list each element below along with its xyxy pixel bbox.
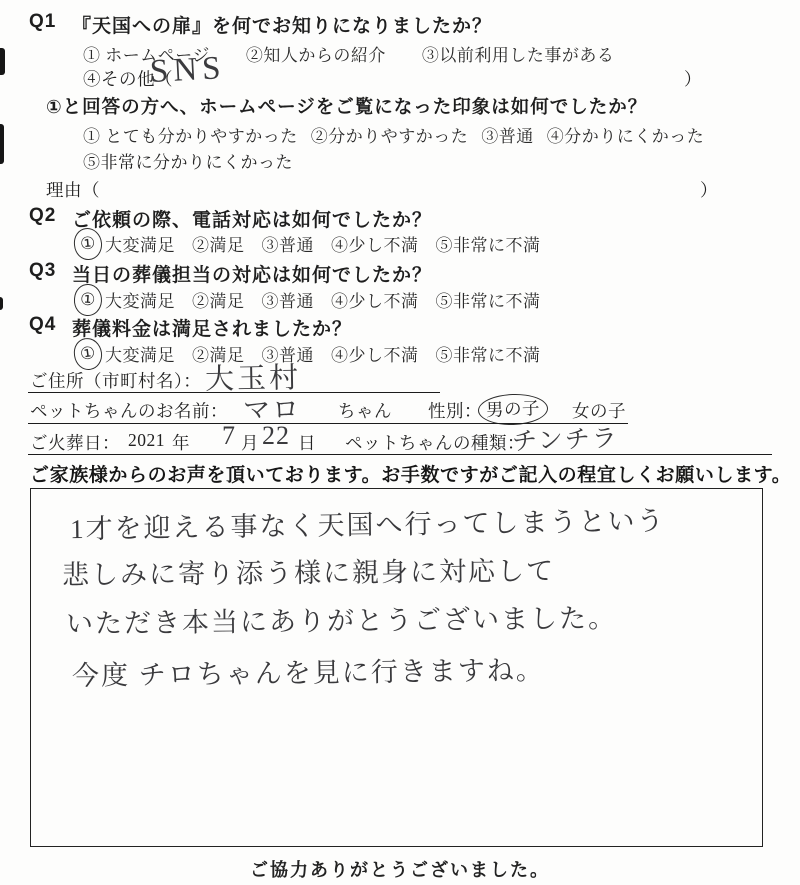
q3-number: Q3 [29,260,56,282]
message-line-3: いただき本当にありがとうございました。 [66,596,617,641]
cremation-day-handwritten: 22 [262,421,290,451]
message-line-1: 1才を迎える事なく天国へ行ってしまうという [70,499,666,546]
reason-close-paren: ） [700,177,718,202]
q3-answer-number: ① [79,289,96,310]
address-label: ご住所（市町村名）： [30,368,201,393]
q2-option-5: ⑤非常に不満 [436,231,541,256]
q1-sub-option-4: ④分かりにくかった [547,122,705,147]
cremation-month-unit: 月 [241,430,259,455]
cremation-year-unit: 年 [172,430,190,455]
q1-sub-option-2: ②分かりやすかった [311,122,469,147]
q3-options: ① 大変満足 ②満足 ③普通 ④少し不満 ⑤非常に不満 [80,287,541,312]
q1-option-2: ②知人からの紹介 [246,41,386,66]
handwritten-circle-mark: ① [72,336,104,372]
q4-selected-option: ① 大変満足 [80,341,175,366]
cremation-underline [28,454,772,455]
message-line-2: 悲しみに寄り添う様に親身に対応して [62,549,555,592]
q4-options: ① 大変満足 ②満足 ③普通 ④少し不満 ⑤非常に不満 [80,341,541,366]
q2-answer-label: 大変満足 [105,231,175,256]
cremation-month-handwritten: 7 [222,421,235,451]
cremation-day-unit: 日 [298,430,316,455]
species-label: ペットちゃんの種類： [345,430,525,455]
scan-artifact [0,297,3,310]
q1-sub-option-3: ③普通 [481,122,534,147]
scan-artifact [0,48,5,75]
q1-sub-lead: ①と回答の方へ、ホームページをご覧になった印象は如何でしたか？ [46,93,647,119]
q2-options: ① 大変満足 ②満足 ③普通 ④少し不満 ⑤非常に不満 [80,231,541,256]
q1-other-value-handwritten: SNS [149,50,226,91]
pet-name-label: ペットちゃんのお名前： [30,398,228,423]
q4-answer-number: ① [79,343,97,365]
q1-sub-option-5: ⑤非常に分かりにくかった [83,148,293,173]
q3-option-4: ④少し不満 [331,287,419,312]
q4-number: Q4 [29,314,56,336]
q2-option-2: ②満足 [192,231,245,256]
q3-option-2: ②満足 [192,287,245,312]
footer-thanks: ご協力ありがとうございました。 [0,856,800,882]
message-heading: ご家族様からのお声を頂いております。お手数ですがご記入の程宜しくお願いします。 [30,460,791,487]
handwritten-circle-mark: ① [73,283,103,317]
q4-option-4: ④少し不満 [331,341,419,366]
gender-label: 性別： [428,398,482,423]
q1-other-close-paren: ） [684,66,702,91]
q1-sub-options-row1: ① とても分かりやすかった ②分かりやすかった ③普通 ④分かりにくかった [83,122,704,147]
q3-option-5: ⑤非常に不満 [436,287,541,312]
q4-answer-label: 大変満足 [105,341,175,366]
species-value-handwritten: チンチラ [511,418,619,458]
q1-question: 『天国への扉』を何でお知りになりましたか？ [72,11,492,38]
q2-option-3: ③普通 [262,231,315,256]
q3-answer-label: 大変満足 [105,287,175,312]
q3-selected-option: ① 大変満足 [80,287,175,312]
reason-label: 理由（ [46,177,100,202]
q1-option-3: ③以前利用した事がある [422,41,615,66]
q2-selected-option: ① 大変満足 [80,231,175,256]
handwritten-circle-mark: ① [73,226,104,260]
q2-option-4: ④少し不満 [331,231,419,256]
scan-artifact [0,124,4,164]
q3-option-3: ③普通 [262,287,315,312]
q2-number: Q2 [29,205,56,227]
q1-sub-option-1: ① とても分かりやすかった [83,122,298,147]
q4-question: 葬儀料金は満足されましたか？ [72,314,352,341]
pet-name-suffix: ちゃん [338,398,392,423]
survey-scan-page: Q1 『天国への扉』を何でお知りになりましたか？ ① ホームページ ②知人からの… [0,0,800,885]
address-underline [28,392,440,393]
cremation-date-label: ご火葬日： [30,430,120,455]
q4-option-5: ⑤非常に不満 [436,341,541,366]
q3-question: 当日の葬儀担当の対応は如何でしたか？ [72,260,432,287]
cremation-year: 2021 [128,430,165,451]
q1-number: Q1 [29,11,56,33]
message-line-4: 今度 チロちゃんを見に行きますね。 [72,648,545,693]
q2-question: ご依頼の際、電話対応は如何でしたか？ [72,205,432,232]
q2-answer-number: ① [79,233,96,254]
